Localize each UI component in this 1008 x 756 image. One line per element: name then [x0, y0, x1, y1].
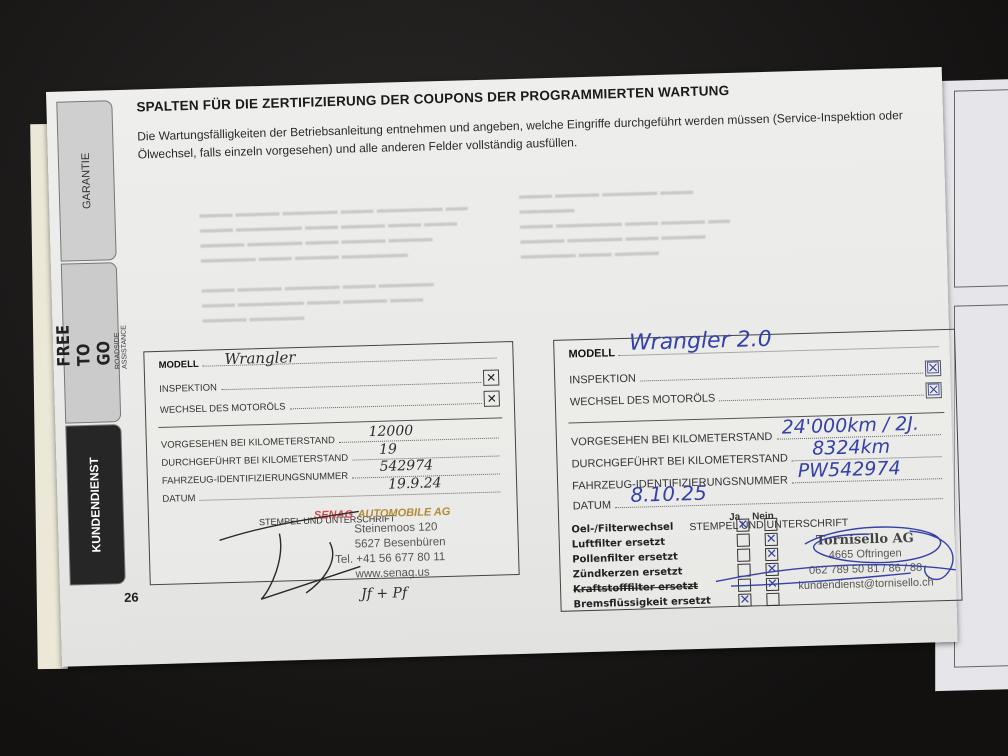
modell-label: MODELL: [159, 359, 199, 371]
modell-value: Wrangler 2.0: [629, 327, 772, 356]
show-through-text: ▬▬▬ ▬▬▬▬ ▬▬▬▬▬ ▬▬▬ ▬▬▬▬▬▬ ▬▬▬▬▬ ▬▬▬▬▬▬ ▬…: [199, 199, 502, 327]
wechsel-label: WECHSEL DES MOTORÖLS: [570, 392, 716, 408]
vorgesehen-field[interactable]: VORGESEHEN BEI KILOMETERSTAND: [161, 430, 501, 450]
facing-coupon-bottom: [954, 304, 1008, 668]
booklet-page: ▬▬▬ ▬▬▬▬ ▬▬▬▬▬ ▬▬▬ ▬▬▬▬▬▬▬▬ ▬▬▬▬▬▬ ▬▬▬ ▬…: [46, 67, 958, 667]
modell-label: MODELL: [568, 347, 615, 360]
fin-field[interactable]: FAHRZEUG-IDENTIFIZIERUNGSNUMMER: [162, 466, 502, 486]
wechsel-label: WECHSEL DES MOTORÖLS: [160, 401, 286, 416]
coupon-2: MODELL Wrangler 2.0 INSPEKTION ☒ WECHSEL…: [553, 329, 962, 612]
tab-roadside-label: ROADSIDE ASSISTANCE: [113, 315, 129, 369]
coupon-1: MODELL Wrangler INSPEKTION ✕ WECHSEL DES…: [143, 341, 519, 585]
facing-coupon-top: [954, 89, 1008, 288]
nein-checkbox[interactable]: ✕: [765, 533, 778, 546]
nein-checkbox[interactable]: [766, 593, 779, 606]
inspektion-checkbox[interactable]: ✕: [483, 369, 499, 385]
stamp-email: kundendienst@tornisello.ch: [791, 575, 941, 594]
datum-value: 19.9.24: [388, 475, 442, 492]
page-number: 26: [124, 590, 139, 605]
vorgesehen-value: 12000: [368, 423, 413, 440]
durchgefuehrt-field[interactable]: DURCHGEFÜHRT BEI KILOMETERSTAND: [161, 448, 501, 468]
vorgesehen-value: 24'000km / 2J.: [781, 413, 919, 439]
datum-label: DATUM: [573, 499, 612, 512]
modell-field[interactable]: MODELL: [159, 350, 499, 370]
ja-checkbox[interactable]: [737, 549, 750, 562]
inspektion-label: INSPEKTION: [569, 373, 636, 387]
durchgefuehrt-label: DURCHGEFÜHRT BEI KILOMETERSTAND: [571, 452, 788, 470]
nein-checkbox[interactable]: [764, 518, 777, 531]
tab-kundendienst-label: KUNDENDIENST: [87, 457, 104, 553]
tab-garantie[interactable]: GARANTIE: [56, 100, 116, 262]
nein-checkbox[interactable]: ✕: [765, 563, 778, 576]
inspektion-checkbox[interactable]: ☒: [925, 360, 941, 376]
ja-checkbox[interactable]: [737, 564, 750, 577]
ja-checkbox[interactable]: ✕: [736, 519, 749, 532]
tab-kundendienst[interactable]: KUNDENDIENST: [65, 424, 125, 586]
divider: [158, 417, 502, 428]
section-tabs: GARANTIE FREE TO GO ROADSIDE ASSISTANCE …: [52, 100, 125, 581]
fin-label: FAHRZEUG-IDENTIFIZIERUNGSNUMMER: [162, 471, 349, 487]
tab-free-to-go-label: FREE TO GO: [53, 319, 114, 367]
fin-value: 542974: [379, 457, 433, 474]
durchgefuehrt-label: DURCHGEFÜHRT BEI KILOMETERSTAND: [161, 453, 348, 469]
service-checklist: Oel-/Filterwechsel✕ Luftfilter ersetzt✕ …: [571, 517, 779, 613]
datum-value: 8.10.25: [630, 481, 707, 507]
page-heading: SPALTEN FÜR DIE ZERTIFIZIERUNG DER COUPO…: [136, 83, 729, 115]
stamp-name-gold: AUTOMOBILE AG: [357, 506, 450, 521]
tab-free-to-go[interactable]: FREE TO GO ROADSIDE ASSISTANCE: [61, 262, 121, 424]
wechsel-checkbox[interactable]: ☒: [925, 382, 941, 398]
vorgesehen-label: VORGESEHEN BEI KILOMETERSTAND: [571, 431, 773, 449]
checklist-label: Bremsflüssigkeit ersetzt: [573, 595, 723, 610]
datum-field[interactable]: DATUM: [573, 490, 945, 512]
inspektion-label: INSPEKTION: [159, 382, 217, 395]
durchgefuehrt-value: 8324km: [812, 436, 890, 460]
ja-checkbox[interactable]: [738, 579, 751, 592]
nein-checkbox[interactable]: ✕: [766, 578, 779, 591]
nein-checkbox[interactable]: ✕: [765, 548, 778, 561]
intro-text: Die Wartungsfälligkeiten der Betriebsanl…: [137, 105, 948, 164]
ja-checkbox[interactable]: ✕: [738, 594, 751, 607]
wechsel-field: WECHSEL DES MOTORÖLS ☒: [570, 382, 942, 408]
tab-garantie-label: GARANTIE: [80, 153, 94, 210]
stamp-web: www.senag.us: [355, 563, 515, 582]
vorgesehen-label: VORGESEHEN BEI KILOMETERSTAND: [161, 435, 335, 451]
fin-value: PW542974: [798, 457, 901, 482]
show-through-text: ▬▬▬ ▬▬▬▬ ▬▬▬▬▬ ▬▬▬ ▬▬▬▬▬▬▬▬ ▬▬▬▬▬▬ ▬▬▬ ▬…: [519, 182, 751, 263]
ja-checkbox[interactable]: [737, 534, 750, 547]
inspektion-field: INSPEKTION ☒: [569, 360, 941, 386]
wechsel-checkbox[interactable]: ✕: [484, 390, 500, 406]
initials: Jf + Pf: [361, 585, 407, 602]
datum-label: DATUM: [162, 493, 195, 505]
durchgefuehrt-value: 19: [379, 441, 397, 457]
dealer-stamp-senag: SENAG AUTOMOBILE AG Steinemoos 120 5627 …: [314, 500, 516, 584]
wechsel-field: WECHSEL DES MOTORÖLS ✕: [160, 390, 500, 415]
modell-value: Wrangler: [224, 348, 295, 368]
stamp-name-red: SENAG: [314, 509, 353, 522]
dealer-stamp-tornisello: Tornisello AG 4665 Oftringen 062 789 50 …: [790, 530, 942, 594]
